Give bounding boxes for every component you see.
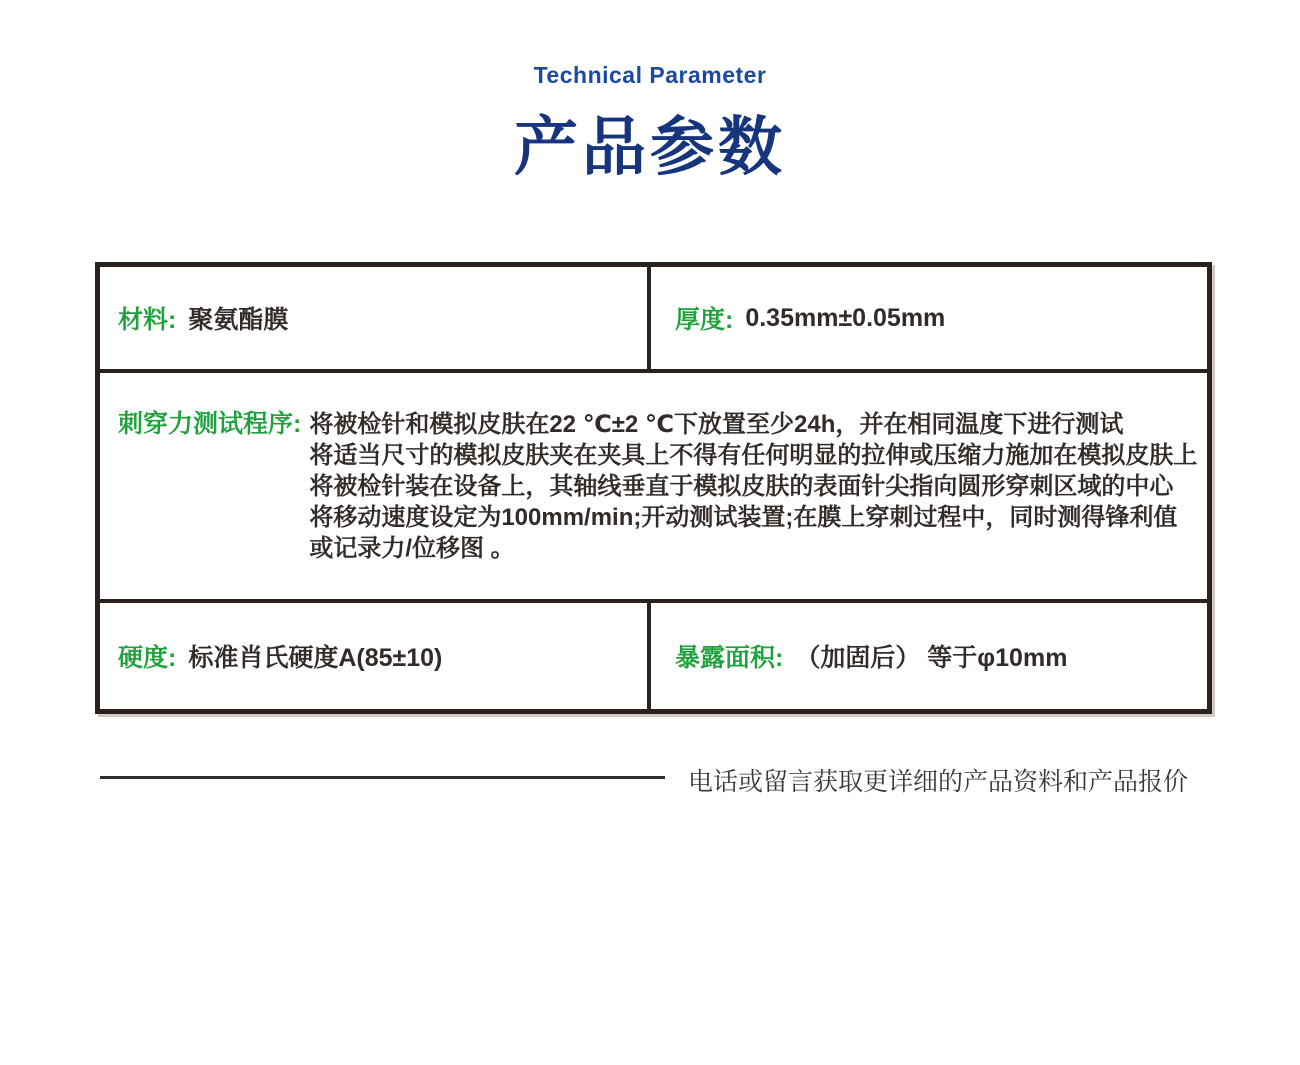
product-parameter-sheet: Technical Parameter 产品参数 材料: 聚氨酯膜 厚度: 0.… — [0, 0, 1300, 1065]
cell-exposed-area: 暴露面积: （加固后） 等于φ10mm — [651, 603, 1207, 709]
procedure-content: 刺穿力测试程序: 将被检针和模拟皮肤在22 ℃±2 ℃下放置至少24h，并在相同… — [118, 409, 1197, 564]
procedure-line: 或记录力/位移图 。 — [309, 533, 1197, 564]
subtitle-en: Technical Parameter — [0, 62, 1300, 89]
procedure-label: 刺穿力测试程序: — [118, 409, 301, 440]
material-value: 聚氨酯膜 — [188, 300, 288, 336]
table-row-procedure: 刺穿力测试程序: 将被检针和模拟皮肤在22 ℃±2 ℃下放置至少24h，并在相同… — [100, 373, 1207, 603]
exposed-area-value: （加固后） 等于φ10mm — [795, 638, 1067, 674]
thickness-value: 0.35mm±0.05mm — [745, 304, 945, 333]
table-row-hardness-area: 硬度: 标准肖氏硬度A(85±10) 暴露面积: （加固后） 等于φ10mm — [100, 603, 1207, 709]
table-row-material-thickness: 材料: 聚氨酯膜 厚度: 0.35mm±0.05mm — [100, 267, 1207, 373]
page-title: 产品参数 — [0, 96, 1300, 188]
procedure-line: 将被检针和模拟皮肤在22 ℃±2 ℃下放置至少24h，并在相同温度下进行测试 — [309, 409, 1197, 440]
footer-divider-line — [100, 776, 665, 779]
cell-hardness: 硬度: 标准肖氏硬度A(85±10) — [100, 603, 651, 709]
spec-table: 材料: 聚氨酯膜 厚度: 0.35mm±0.05mm 刺穿力测试程序: 将被检针… — [95, 262, 1212, 714]
cell-procedure: 刺穿力测试程序: 将被检针和模拟皮肤在22 ℃±2 ℃下放置至少24h，并在相同… — [100, 373, 1207, 599]
thickness-label: 厚度: — [675, 300, 733, 336]
footer-contact-note: 电话或留言获取更详细的产品资料和产品报价 — [688, 762, 1188, 798]
procedure-line: 将适当尺寸的模拟皮肤夹在夹具上不得有任何明显的拉伸或压缩力施加在模拟皮肤上 — [309, 440, 1197, 471]
procedure-text: 将被检针和模拟皮肤在22 ℃±2 ℃下放置至少24h，并在相同温度下进行测试 将… — [309, 409, 1197, 564]
material-label: 材料: — [118, 300, 176, 336]
hardness-value: 标准肖氏硬度A(85±10) — [188, 638, 442, 674]
cell-thickness: 厚度: 0.35mm±0.05mm — [651, 267, 1207, 369]
exposed-area-label: 暴露面积: — [675, 638, 783, 674]
cell-material: 材料: 聚氨酯膜 — [100, 267, 651, 369]
procedure-line: 将被检针装在设备上，其轴线垂直于模拟皮肤的表面针尖指向圆形穿刺区域的中心 — [309, 471, 1197, 502]
procedure-line: 将移动速度设定为100mm/min;开动测试装置;在膜上穿刺过程中，同时测得锋利… — [309, 502, 1197, 533]
hardness-label: 硬度: — [118, 638, 176, 674]
